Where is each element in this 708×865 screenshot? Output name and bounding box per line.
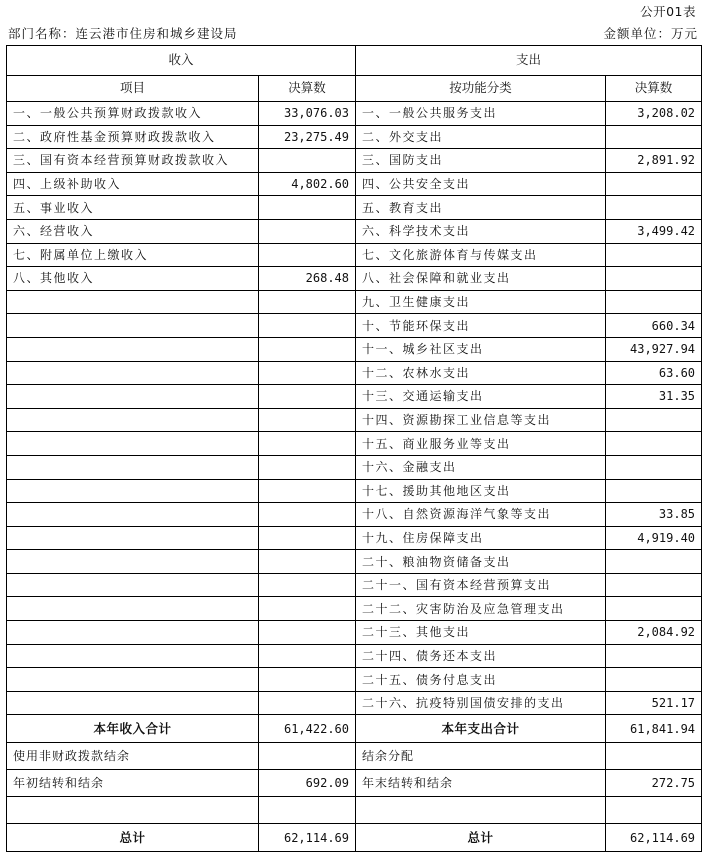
year-expense-total-label: 本年支出合计 — [356, 715, 606, 743]
income-item: 八、其他收入 — [7, 267, 259, 291]
expense-item: 二十四、债务还本支出 — [356, 644, 606, 668]
expense-item: 十一、城乡社区支出 — [356, 337, 606, 361]
expense-item: 十三、交通运输支出 — [356, 385, 606, 409]
income-amount: 23,275.49 — [259, 125, 356, 149]
income-item — [7, 479, 259, 503]
income-item: 六、经营收入 — [7, 219, 259, 243]
expense-item: 一、一般公共服务支出 — [356, 102, 606, 126]
expense-balance-item: 年末结转和结余 — [356, 770, 606, 797]
income-amount — [259, 573, 356, 597]
year-expense-total-amount: 61,841.94 — [606, 715, 702, 743]
expense-amount — [606, 573, 702, 597]
income-item-header: 项目 — [7, 76, 259, 102]
expense-item: 十八、自然资源海洋气象等支出 — [356, 503, 606, 527]
income-amount — [259, 196, 356, 220]
expense-item: 二十二、灾害防治及应急管理支出 — [356, 597, 606, 621]
income-amount — [259, 455, 356, 479]
income-amount — [259, 149, 356, 173]
income-item: 七、附属单位上缴收入 — [7, 243, 259, 267]
income-amount: 33,076.03 — [259, 102, 356, 126]
expense-amount — [606, 432, 702, 456]
expense-item: 五、教育支出 — [356, 196, 606, 220]
expense-amount: 2,084.92 — [606, 621, 702, 645]
income-item — [7, 290, 259, 314]
table-row: 二十五、债务付息支出 — [7, 668, 702, 692]
income-balance-amount — [259, 797, 356, 824]
table-row: 十一、城乡社区支出43,927.94 — [7, 337, 702, 361]
expense-amount — [606, 668, 702, 692]
grand-income-total-label: 总计 — [7, 824, 259, 852]
expense-item: 二、外交支出 — [356, 125, 606, 149]
expense-amount — [606, 172, 702, 196]
expense-item: 四、公共安全支出 — [356, 172, 606, 196]
table-row: 十九、住房保障支出4,919.40 — [7, 526, 702, 550]
income-amount — [259, 644, 356, 668]
income-item — [7, 455, 259, 479]
income-balance-item: 使用非财政拨款结余 — [7, 743, 259, 770]
table-row: 九、卫生健康支出 — [7, 290, 702, 314]
income-item — [7, 691, 259, 715]
expense-item: 七、文化旅游体育与传媒支出 — [356, 243, 606, 267]
income-item: 四、上级补助收入 — [7, 172, 259, 196]
income-item: 三、国有资本经营预算财政拨款收入 — [7, 149, 259, 173]
income-section-title: 收入 — [7, 46, 356, 76]
expense-item: 二十一、国有资本经营预算支出 — [356, 573, 606, 597]
form-number: 公开01表 — [640, 2, 696, 20]
balance-row — [7, 797, 702, 824]
table-row: 六、经营收入六、科学技术支出3,499.42 — [7, 219, 702, 243]
income-amount — [259, 691, 356, 715]
expense-item: 八、社会保障和就业支出 — [356, 267, 606, 291]
income-item — [7, 361, 259, 385]
income-balance-item — [7, 797, 259, 824]
expense-amount: 63.60 — [606, 361, 702, 385]
expense-amount: 43,927.94 — [606, 337, 702, 361]
expense-item: 二十三、其他支出 — [356, 621, 606, 645]
income-item — [7, 668, 259, 692]
expense-amount — [606, 267, 702, 291]
expense-amount — [606, 550, 702, 574]
income-amount — [259, 550, 356, 574]
section-header-row: 收入 支出 — [7, 46, 702, 76]
table-row: 八、其他收入268.48八、社会保障和就业支出 — [7, 267, 702, 291]
expense-item: 二十、粮油物资储备支出 — [356, 550, 606, 574]
income-item: 五、事业收入 — [7, 196, 259, 220]
income-item — [7, 314, 259, 338]
expense-balance-item — [356, 797, 606, 824]
income-amount — [259, 385, 356, 409]
income-expense-table: 收入 支出 项目 决算数 按功能分类 决算数 一、一般公共预算财政拨款收入33,… — [6, 45, 702, 852]
table-row: 二十一、国有资本经营预算支出 — [7, 573, 702, 597]
table-row: 一、一般公共预算财政拨款收入33,076.03一、一般公共服务支出3,208.0… — [7, 102, 702, 126]
expense-item: 十、节能环保支出 — [356, 314, 606, 338]
expense-item: 二十六、抗疫特别国债安排的支出 — [356, 691, 606, 715]
expense-balance-item: 结余分配 — [356, 743, 606, 770]
expense-item: 十五、商业服务业等支出 — [356, 432, 606, 456]
table-row: 二十六、抗疫特别国债安排的支出521.17 — [7, 691, 702, 715]
table-row: 三、国有资本经营预算财政拨款收入三、国防支出2,891.92 — [7, 149, 702, 173]
income-amount — [259, 621, 356, 645]
income-item — [7, 644, 259, 668]
expense-item: 三、国防支出 — [356, 149, 606, 173]
expense-amount: 3,208.02 — [606, 102, 702, 126]
expense-balance-amount: 272.75 — [606, 770, 702, 797]
income-item — [7, 621, 259, 645]
income-amount: 4,802.60 — [259, 172, 356, 196]
expense-section-title: 支出 — [356, 46, 702, 76]
expense-amount — [606, 196, 702, 220]
income-item — [7, 385, 259, 409]
table-row: 二、政府性基金预算财政拨款收入23,275.49二、外交支出 — [7, 125, 702, 149]
table-row: 十、节能环保支出660.34 — [7, 314, 702, 338]
income-item — [7, 337, 259, 361]
expense-balance-amount — [606, 797, 702, 824]
income-amount — [259, 314, 356, 338]
year-income-total-amount: 61,422.60 — [259, 715, 356, 743]
table-row: 十六、金融支出 — [7, 455, 702, 479]
table-row: 二十三、其他支出2,084.92 — [7, 621, 702, 645]
expense-item: 十六、金融支出 — [356, 455, 606, 479]
income-amount — [259, 432, 356, 456]
expense-item: 十七、援助其他地区支出 — [356, 479, 606, 503]
year-total-row: 本年收入合计61,422.60本年支出合计61,841.94 — [7, 715, 702, 743]
table-row: 二十四、债务还本支出 — [7, 644, 702, 668]
grand-total-row: 总计62,114.69总计62,114.69 — [7, 824, 702, 852]
table-row: 十二、农林水支出63.60 — [7, 361, 702, 385]
income-balance-amount: 692.09 — [259, 770, 356, 797]
income-amount — [259, 408, 356, 432]
table-row: 四、上级补助收入4,802.60四、公共安全支出 — [7, 172, 702, 196]
expense-amount-header: 决算数 — [606, 76, 702, 102]
table-row: 十五、商业服务业等支出 — [7, 432, 702, 456]
expense-amount: 521.17 — [606, 691, 702, 715]
expense-balance-amount — [606, 743, 702, 770]
grand-expense-total-label: 总计 — [356, 824, 606, 852]
income-item — [7, 526, 259, 550]
income-item — [7, 573, 259, 597]
income-item — [7, 408, 259, 432]
expense-amount — [606, 479, 702, 503]
income-amount — [259, 361, 356, 385]
expense-amount — [606, 125, 702, 149]
expense-item: 九、卫生健康支出 — [356, 290, 606, 314]
column-header-row: 项目 决算数 按功能分类 决算数 — [7, 76, 702, 102]
income-amount: 268.48 — [259, 267, 356, 291]
income-item: 二、政府性基金预算财政拨款收入 — [7, 125, 259, 149]
income-balance-amount — [259, 743, 356, 770]
expense-item: 十四、资源勘探工业信息等支出 — [356, 408, 606, 432]
income-amount — [259, 526, 356, 550]
income-amount — [259, 290, 356, 314]
table-row: 五、事业收入五、教育支出 — [7, 196, 702, 220]
expense-amount: 2,891.92 — [606, 149, 702, 173]
grand-expense-total-amount: 62,114.69 — [606, 824, 702, 852]
expense-item: 二十五、债务付息支出 — [356, 668, 606, 692]
income-item — [7, 432, 259, 456]
expense-item: 六、科学技术支出 — [356, 219, 606, 243]
expense-amount — [606, 408, 702, 432]
grand-income-total-amount: 62,114.69 — [259, 824, 356, 852]
income-item — [7, 550, 259, 574]
income-amount — [259, 219, 356, 243]
table-row: 七、附属单位上缴收入七、文化旅游体育与传媒支出 — [7, 243, 702, 267]
income-amount — [259, 597, 356, 621]
balance-row: 使用非财政拨款结余结余分配 — [7, 743, 702, 770]
income-item — [7, 503, 259, 527]
expense-item-header: 按功能分类 — [356, 76, 606, 102]
department-name: 部门名称：连云港市住房和城乡建设局 — [8, 24, 238, 42]
table-row: 二十、粮油物资储备支出 — [7, 550, 702, 574]
income-amount — [259, 479, 356, 503]
income-balance-item: 年初结转和结余 — [7, 770, 259, 797]
amount-unit: 金额单位：万元 — [603, 24, 698, 42]
income-amount — [259, 337, 356, 361]
expense-amount: 4,919.40 — [606, 526, 702, 550]
income-amount — [259, 668, 356, 692]
income-item — [7, 597, 259, 621]
expense-amount: 33.85 — [606, 503, 702, 527]
income-amount-header: 决算数 — [259, 76, 356, 102]
expense-amount — [606, 644, 702, 668]
table-row: 十四、资源勘探工业信息等支出 — [7, 408, 702, 432]
balance-row: 年初结转和结余692.09年末结转和结余272.75 — [7, 770, 702, 797]
expense-amount — [606, 455, 702, 479]
income-amount — [259, 243, 356, 267]
expense-item: 十九、住房保障支出 — [356, 526, 606, 550]
year-income-total-label: 本年收入合计 — [7, 715, 259, 743]
expense-item: 十二、农林水支出 — [356, 361, 606, 385]
income-amount — [259, 503, 356, 527]
table-row: 十八、自然资源海洋气象等支出33.85 — [7, 503, 702, 527]
expense-amount: 3,499.42 — [606, 219, 702, 243]
table-row: 二十二、灾害防治及应急管理支出 — [7, 597, 702, 621]
expense-amount — [606, 290, 702, 314]
income-item: 一、一般公共预算财政拨款收入 — [7, 102, 259, 126]
table-row: 十七、援助其他地区支出 — [7, 479, 702, 503]
table-row: 十三、交通运输支出31.35 — [7, 385, 702, 409]
expense-amount — [606, 597, 702, 621]
expense-amount: 660.34 — [606, 314, 702, 338]
expense-amount — [606, 243, 702, 267]
expense-amount: 31.35 — [606, 385, 702, 409]
